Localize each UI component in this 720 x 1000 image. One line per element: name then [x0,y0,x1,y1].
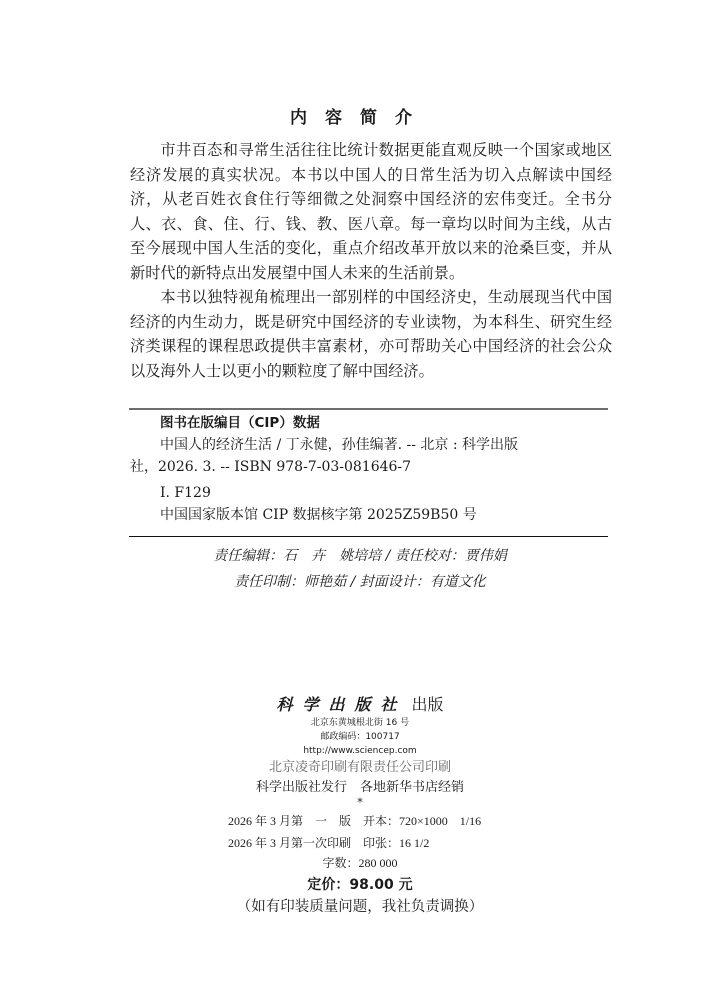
price-block: 字数：280 000 定价：98.00 元 （如有印装质量问题，我社负责调换） [0,852,720,918]
summary-body: 市井百态和寻常生活往往比统计数据更能直观反映一个国家或地区经济发展的真实状况。本… [130,138,612,383]
page-title: 内容简介 [0,103,720,128]
cip-bottom-rule [129,536,608,537]
staff-credits: 责任编辑：石 卉 姚培培 / 责任校对：贾伟娟 责任印制：师艳茹 / 封面设计：… [0,543,720,595]
cip-top-rule [129,408,608,410]
cip-record: 中国国家版本馆 CIP 数据核字第 2025Z59B50 号 [130,504,610,526]
cip-block: 图书在版编目（CIP）数据 中国人的经济生活 / 丁永健，孙佳编著. -- 北京… [130,412,610,526]
edition-specs: 2026 年 3 月第 一 版 开本：720×1000 1/16 2026 年 … [228,810,528,854]
staff-line: 责任编辑：石 卉 姚培培 / 责任校对：贾伟娟 [0,543,720,569]
distribution-line: 科学出版社发行 各地新华书店经销 [0,778,720,797]
cip-classification: Ⅰ. F129 [130,482,610,504]
publisher-address: 北京东黄城根北街 16 号 [0,716,720,730]
cip-heading: 图书在版编目（CIP）数据 [130,412,610,434]
imprint-block: 科学出版社 出版 北京东黄城根北街 16 号 邮政编码：100717 http:… [0,694,720,809]
staff-line: 责任印制：师艳茹 / 封面设计：有道文化 [0,569,720,595]
edition-line: 2026 年 3 月第 一 版 开本：720×1000 1/16 [228,810,528,832]
publisher-website: http://www.sciencep.com [0,744,720,758]
separator-asterisk: * [0,797,720,809]
quality-note: （如有印装质量问题，我社负责调换） [0,896,720,918]
summary-paragraph: 本书以独特视角梳理出一部别样的中国经济史，生动展现当代中国经济的内生动力，既是研… [130,285,612,383]
publisher-postcode: 邮政编码：100717 [0,730,720,744]
cip-line: 社，2026. 3. -- ISBN 978-7-03-081646-7 [130,456,610,478]
publisher-logo-text: 科学出版社 [276,695,406,714]
publisher-suffix: 出版 [412,695,444,714]
cip-line: 中国人的经济生活 / 丁永健，孙佳编著. -- 北京 : 科学出版 [130,434,610,456]
word-count: 字数：280 000 [0,852,720,874]
printing-line: 2026 年 3 月第一次印刷 印张：16 1/2 [228,832,528,854]
publisher-line: 科学出版社 出版 [0,694,720,716]
printer-line: 北京凌奇印刷有限责任公司印刷 [0,758,720,778]
price: 定价：98.00 元 [0,874,720,896]
summary-paragraph: 市井百态和寻常生活往往比统计数据更能直观反映一个国家或地区经济发展的真实状况。本… [130,138,612,285]
